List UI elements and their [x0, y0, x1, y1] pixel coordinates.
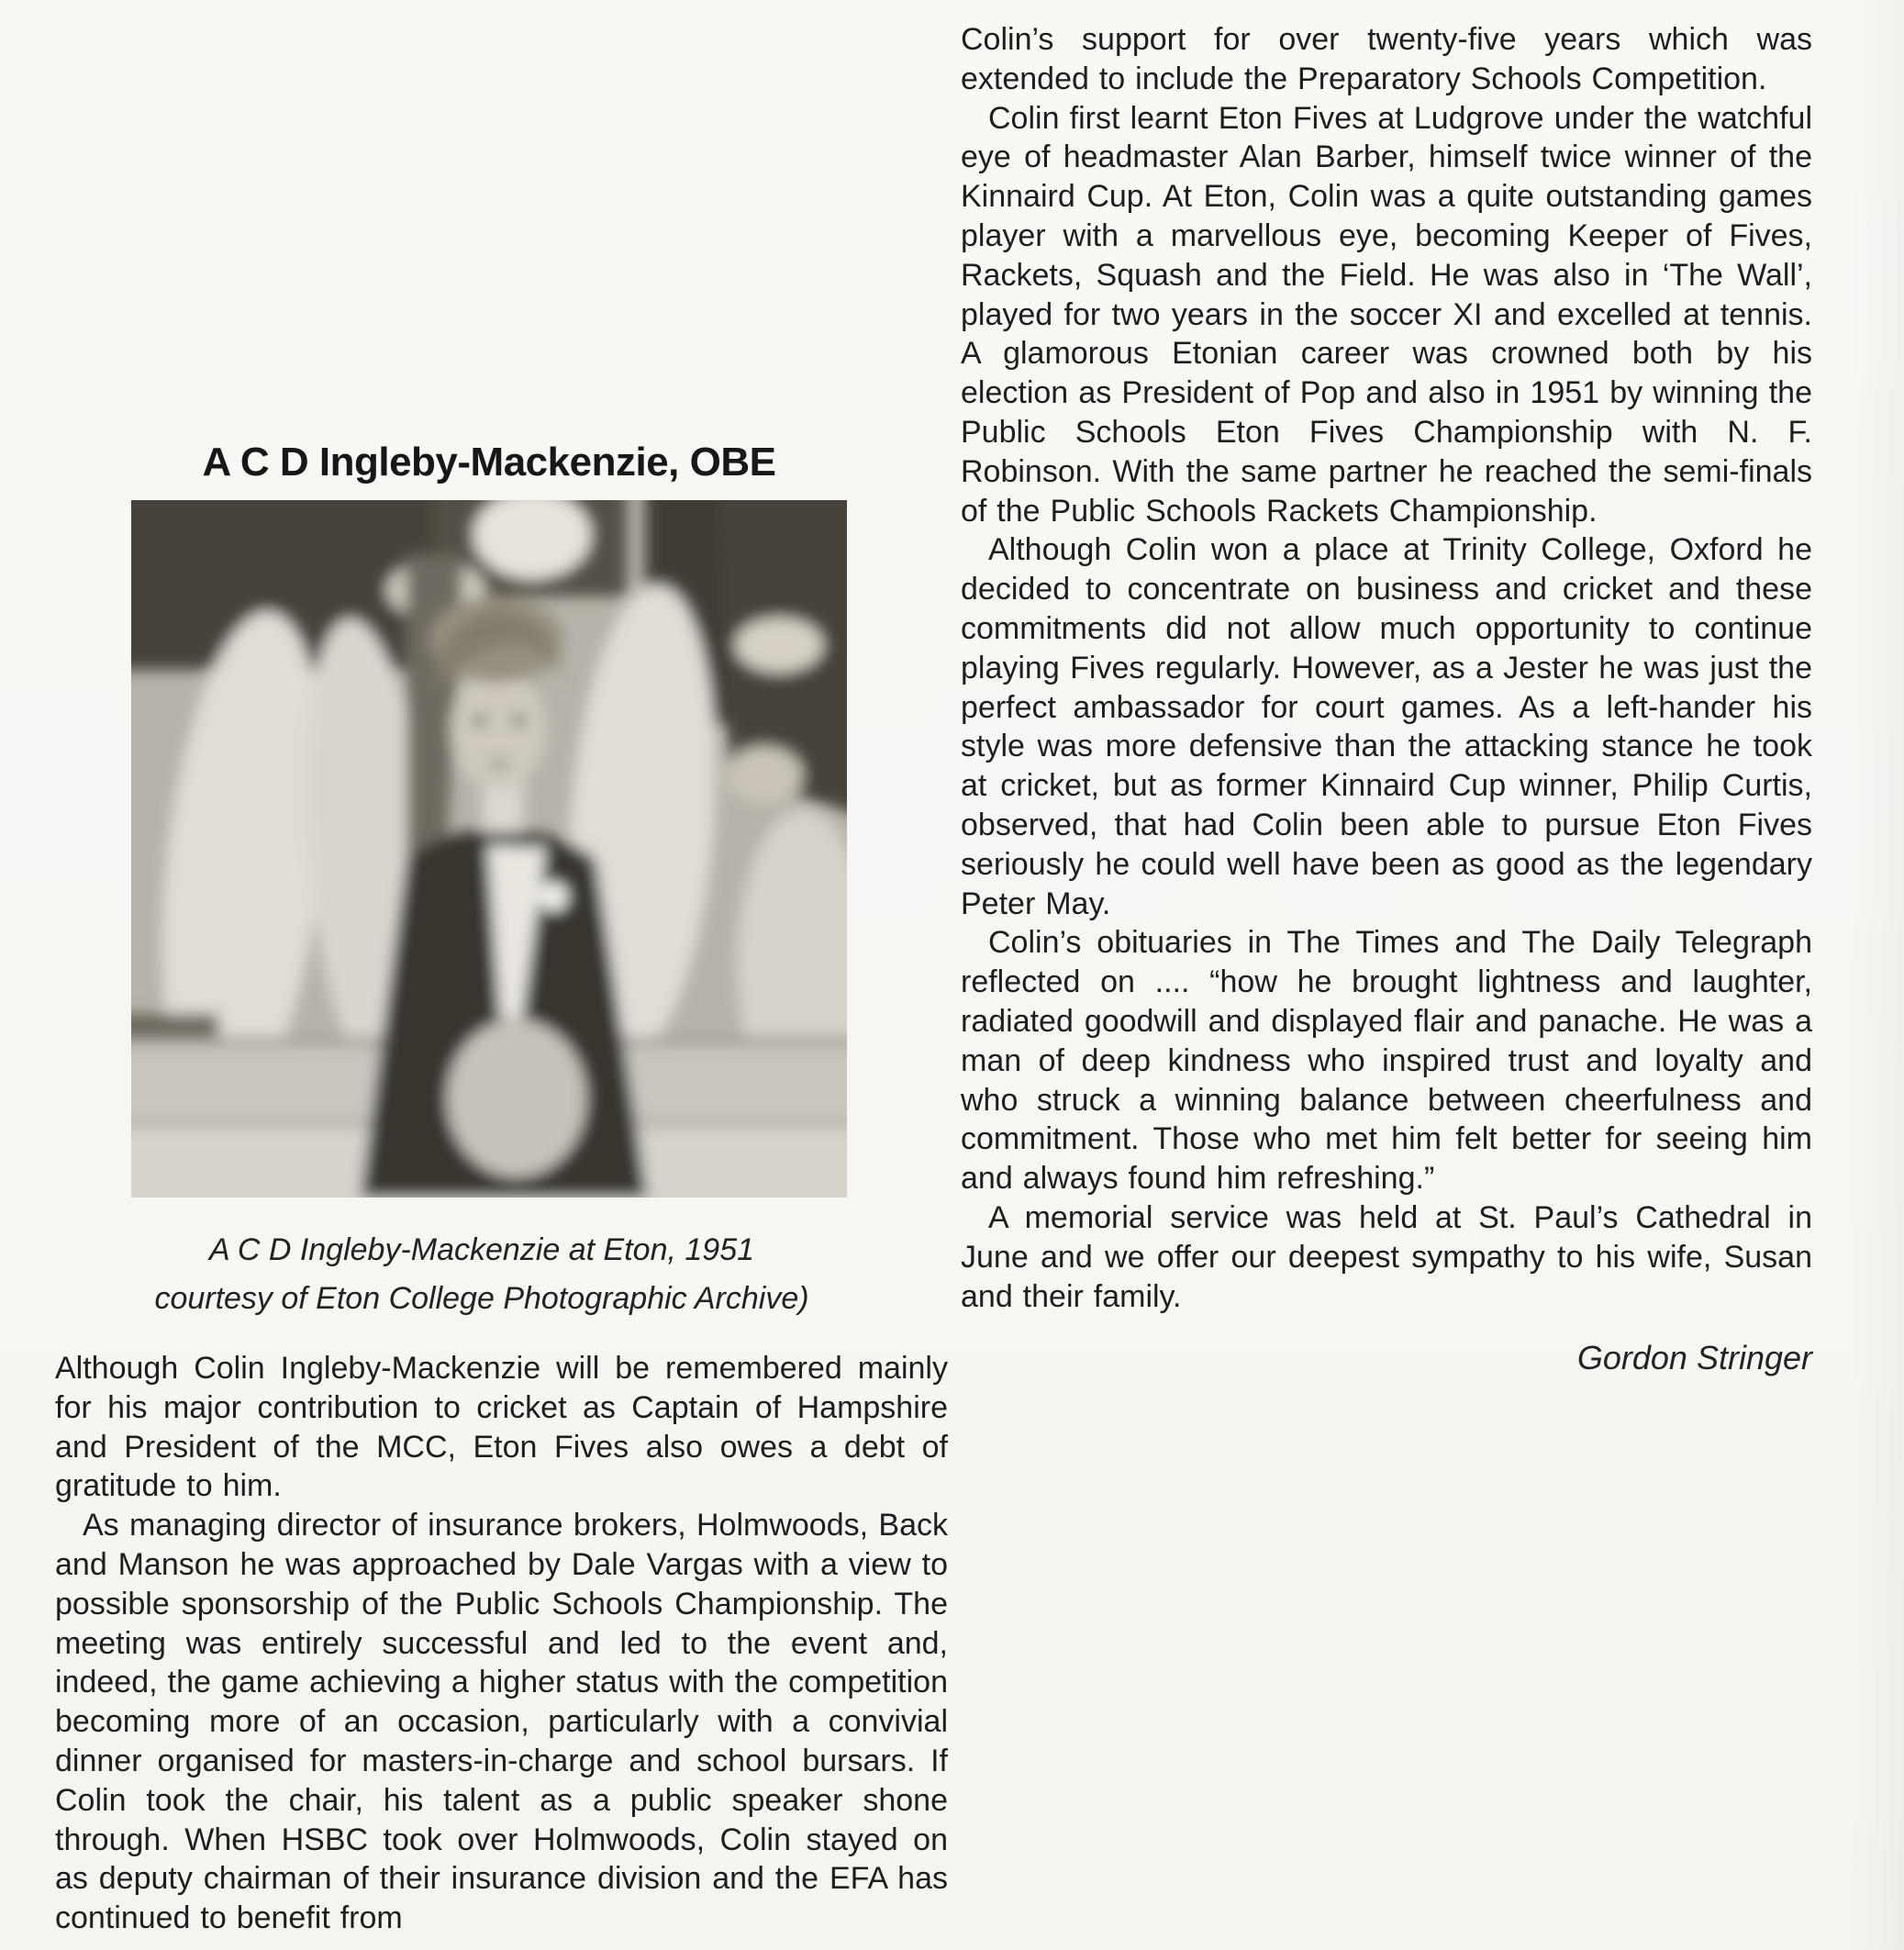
photo-caption: A C D Ingleby-Mackenzie at Eton, 1951 co… [55, 1226, 908, 1323]
left-column: Although Colin Ingleby-Mackenzie will be… [55, 1349, 948, 1938]
right-column: Colin’s support for over twenty-five yea… [961, 20, 1812, 1411]
photo-caption-line2: courtesy of Eton College Photographic Ar… [55, 1275, 908, 1323]
paragraph-right-5: A memorial service was held at St. Paul’… [961, 1198, 1812, 1316]
article-title: A C D Ingleby-Mackenzie, OBE [131, 440, 847, 485]
photo-caption-line1: A C D Ingleby-Mackenzie at Eton, 1951 [55, 1226, 908, 1275]
paragraph-right-4: Colin’s obituaries in The Times and The … [961, 923, 1812, 1198]
group-photo [131, 500, 847, 1198]
scanned-obituary-page: A C D Ingleby-Mackenzie, OBE [0, 0, 1904, 1950]
paragraph-right-1: Colin’s support for over twenty-five yea… [961, 20, 1812, 99]
paragraph-left-2: As managing director of insurance broker… [55, 1506, 948, 1938]
paragraph-right-3: Although Colin won a place at Trinity Co… [961, 530, 1812, 923]
group-photo-image [131, 500, 847, 1198]
author-signature: Gordon Stringer [961, 1338, 1812, 1378]
paragraph-right-2: Colin first learnt Eton Fives at Ludgrov… [961, 99, 1812, 531]
paragraph-left-1: Although Colin Ingleby-Mackenzie will be… [55, 1349, 948, 1506]
